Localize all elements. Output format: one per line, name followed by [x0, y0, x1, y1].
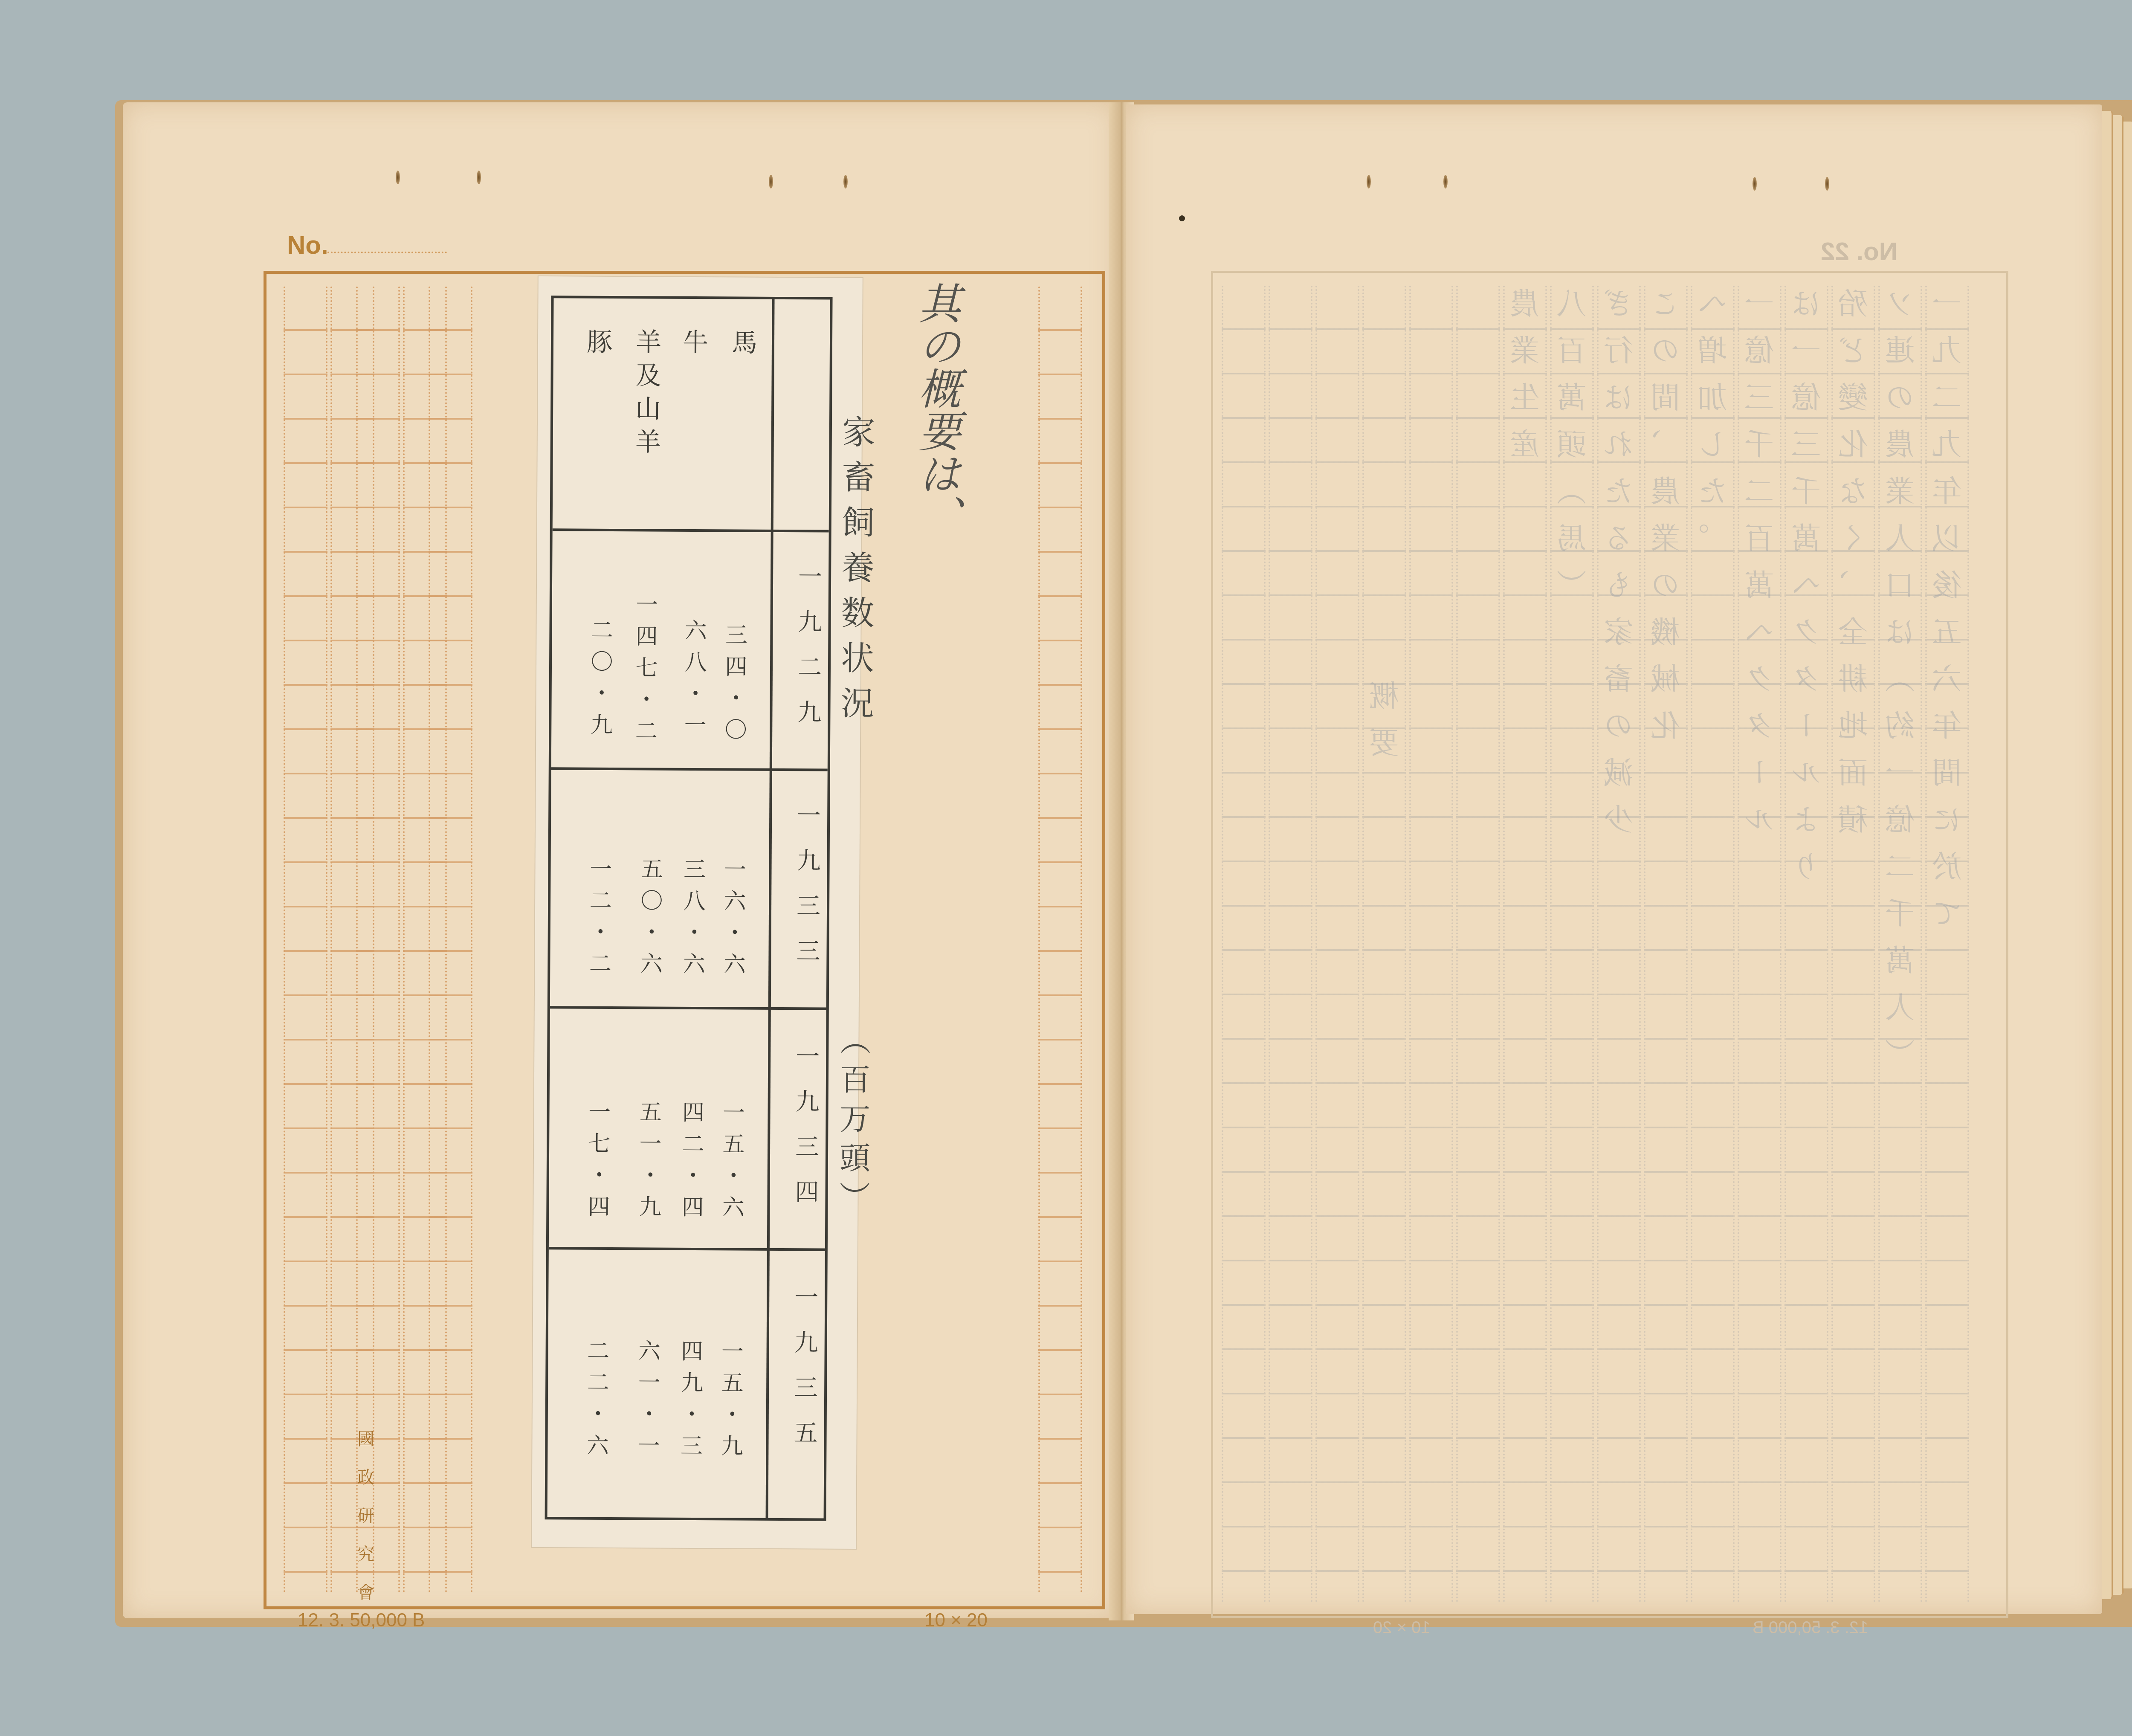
- staple-hole: [1753, 177, 1757, 191]
- ghost-grid-size: 10 × 20: [1373, 1618, 1431, 1637]
- ghost-line: へ増加した。: [1693, 288, 1736, 569]
- label-horse: 馬: [724, 329, 761, 370]
- staple-hole: [1443, 175, 1448, 188]
- ghost-line: 八百萬頭（馬）: [1552, 288, 1595, 616]
- year-1929: 一九二九: [790, 564, 825, 745]
- page-stack-edge: [2113, 115, 2124, 1595]
- ink-dot: [1179, 215, 1185, 221]
- value-cattle-1933: 三八・六: [676, 858, 709, 984]
- value-horse-1934: 一五・六: [715, 1101, 748, 1227]
- ghost-line: は一億三千萬ヘクタールより: [1787, 288, 1830, 898]
- staple-hole: [1367, 175, 1371, 188]
- value-cattle-1935: 四九・三: [673, 1339, 706, 1466]
- page-stack-edge: [2123, 122, 2132, 1588]
- page-number-field: [327, 252, 447, 253]
- value-cattle-1929: 六八・一: [677, 619, 710, 745]
- value-horse-1933: 一六・六: [716, 858, 749, 984]
- value-sheep-1929: 一四七・二: [628, 593, 661, 751]
- grid-size-label: 10 × 20: [924, 1610, 988, 1631]
- value-horse-1935: 一五・九: [714, 1339, 747, 1466]
- value-horse-1929: 三四・〇: [718, 623, 750, 749]
- publisher-mark: 國政研究會: [351, 1420, 381, 1612]
- staple-hole: [477, 171, 481, 184]
- staple-hole: [1825, 177, 1829, 191]
- value-pig-1935: 二二・六: [579, 1339, 612, 1465]
- label-cattle: 牛: [675, 329, 712, 370]
- value-sheep-1934: 五一・九: [632, 1100, 665, 1226]
- value-pig-1934: 一七・四: [581, 1100, 614, 1226]
- value-pig-1933: 一二・二: [582, 857, 615, 983]
- year-1933: 一九三三: [789, 803, 824, 983]
- value-sheep-1935: 六一・一: [631, 1339, 663, 1465]
- page-stack-edge: [2102, 111, 2113, 1599]
- value-sheep-1933: 五〇・六: [633, 857, 666, 983]
- ghost-line: 概要: [1364, 680, 1408, 774]
- ghost-line: 一九二九年以後五六年間に於て: [1927, 288, 1970, 945]
- ghost-line: この間、農業の機械化: [1646, 288, 1689, 757]
- table-unit: （百万頭）: [830, 1024, 875, 1221]
- value-pig-1929: 二〇・九: [583, 618, 616, 745]
- ghost-line: 殆ど變化なく、全耕地面積: [1834, 288, 1877, 851]
- year-1934: 一九三四: [788, 1043, 823, 1224]
- value-cattle-1934: 四二・四: [675, 1101, 707, 1227]
- livestock-table: 馬 牛 羊及山羊 豚 一九二九 三四・〇 六八・一 一四七・二 二〇・九 一九三…: [545, 296, 833, 1521]
- handwritten-note: 其の概要は、: [914, 281, 959, 537]
- right-page: No. 22 一九二九年以後五六年間に於て ソ連の農業人口は（約一億二千萬人） …: [1126, 104, 2102, 1614]
- ghost-page-number: No. 22: [1821, 237, 1897, 266]
- ghost-line: ソ連の農業人口は（約一億二千萬人）: [1880, 288, 1923, 1085]
- label-pig: 豚: [579, 328, 616, 369]
- table-title: 家畜飼養数状況: [830, 414, 880, 731]
- pasted-slip: 馬 牛 羊及山羊 豚 一九二九 三四・〇 六八・一 一四七・二 二〇・九 一九三…: [532, 276, 863, 1549]
- ghost-line: 一億三千二百萬ヘクタール: [1740, 288, 1783, 851]
- page-number-label: No.: [287, 230, 328, 260]
- staple-hole: [843, 175, 848, 188]
- ghost-line: ぎ行はれたるも家畜の減少: [1599, 288, 1642, 851]
- ghost-print-code: 12. 3. 50,000 B: [1753, 1618, 1868, 1637]
- staple-hole: [769, 175, 773, 188]
- print-code: 12. 3. 50,000 B: [298, 1610, 425, 1631]
- staple-hole: [396, 171, 400, 184]
- year-1935: 一九三五: [786, 1284, 821, 1465]
- ghost-line: 農業生産: [1505, 288, 1548, 475]
- label-sheep-goat: 羊及山羊: [628, 328, 665, 461]
